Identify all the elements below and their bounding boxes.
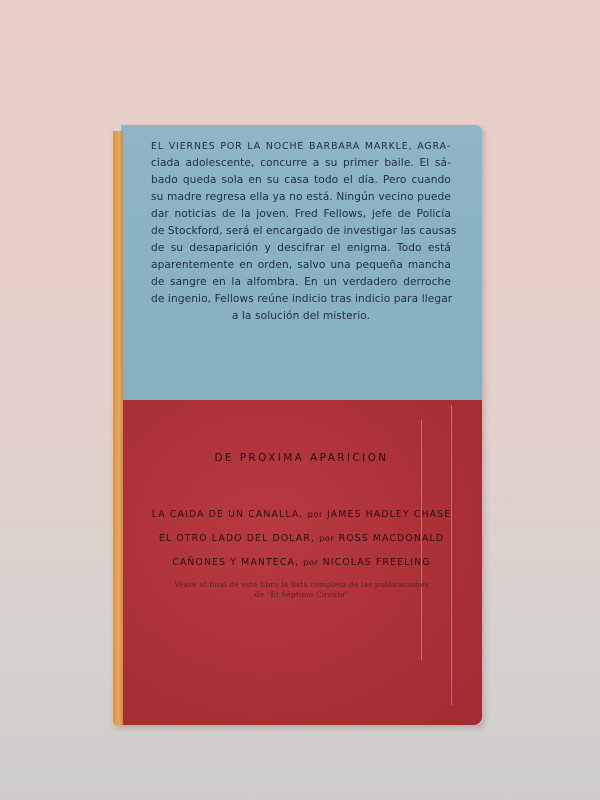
by-label: por: [308, 509, 323, 519]
by-label: por: [303, 557, 318, 567]
synopsis-line: EL VIERNES POR LA NOCHE BARBARA MARKLE, …: [151, 138, 451, 155]
publisher-note-line: Véase al final de este libro la lista co…: [121, 580, 482, 590]
synopsis-line: a la solución del misterio.: [151, 308, 451, 325]
book-title: EL OTRO LADO DEL DOLAR,: [159, 533, 315, 544]
synopsis-text: EL VIERNES POR LA NOCHE BARBARA MARKLE, …: [151, 138, 451, 325]
synopsis-line: aparentemente en orden, salvo una pequeñ…: [151, 257, 451, 274]
by-label: por: [319, 533, 334, 543]
synopsis-line: de sangre en la alfombra. En un verdader…: [151, 274, 451, 291]
book-author: NICOLAS FREELING: [323, 557, 431, 568]
synopsis-line: de Stockford, será el encargado de inves…: [151, 223, 451, 240]
upcoming-titles-list: LA CAIDA DE UN CANALLA, por JAMES HADLEY…: [121, 502, 482, 574]
book-author: ROSS MACDONALD: [339, 533, 445, 544]
synopsis-line: su madre regresa ella ya no está. Ningún…: [151, 189, 451, 206]
synopsis-line: ciada adolescente, concurre a su primer …: [151, 155, 451, 172]
publisher-note-line: de "El Séptimo Círculo": [121, 590, 482, 600]
synopsis-line: bado queda sola en su casa todo el día. …: [151, 172, 451, 189]
book-title: CAÑONES Y MANTECA,: [172, 557, 299, 568]
upcoming-title-item: EL OTRO LADO DEL DOLAR, por ROSS MACDONA…: [121, 526, 482, 550]
book-title: LA CAIDA DE UN CANALLA,: [152, 509, 304, 520]
book-spine-edge: [113, 131, 123, 725]
book-back-cover: EL VIERNES POR LA NOCHE BARBARA MARKLE, …: [113, 125, 482, 725]
upcoming-panel: DE PROXIMA APARICION LA CAIDA DE UN CANA…: [121, 400, 482, 725]
synopsis-line: de ingenio, Fellows reúne indicio tras i…: [151, 291, 451, 308]
synopsis-line: dar noticias de la joven. Fred Fellows, …: [151, 206, 451, 223]
upcoming-title-item: LA CAIDA DE UN CANALLA, por JAMES HADLEY…: [121, 502, 482, 526]
synopsis-line: de su desaparición y descifrar el enigma…: [151, 240, 451, 257]
blurb-panel: EL VIERNES POR LA NOCHE BARBARA MARKLE, …: [121, 125, 482, 400]
upcoming-title-item: CAÑONES Y MANTECA, por NICOLAS FREELING: [121, 550, 482, 574]
upcoming-heading: DE PROXIMA APARICION: [121, 452, 482, 464]
book-author: JAMES HADLEY CHASE: [327, 509, 451, 520]
publisher-note: Véase al final de este libro la lista co…: [121, 580, 482, 600]
